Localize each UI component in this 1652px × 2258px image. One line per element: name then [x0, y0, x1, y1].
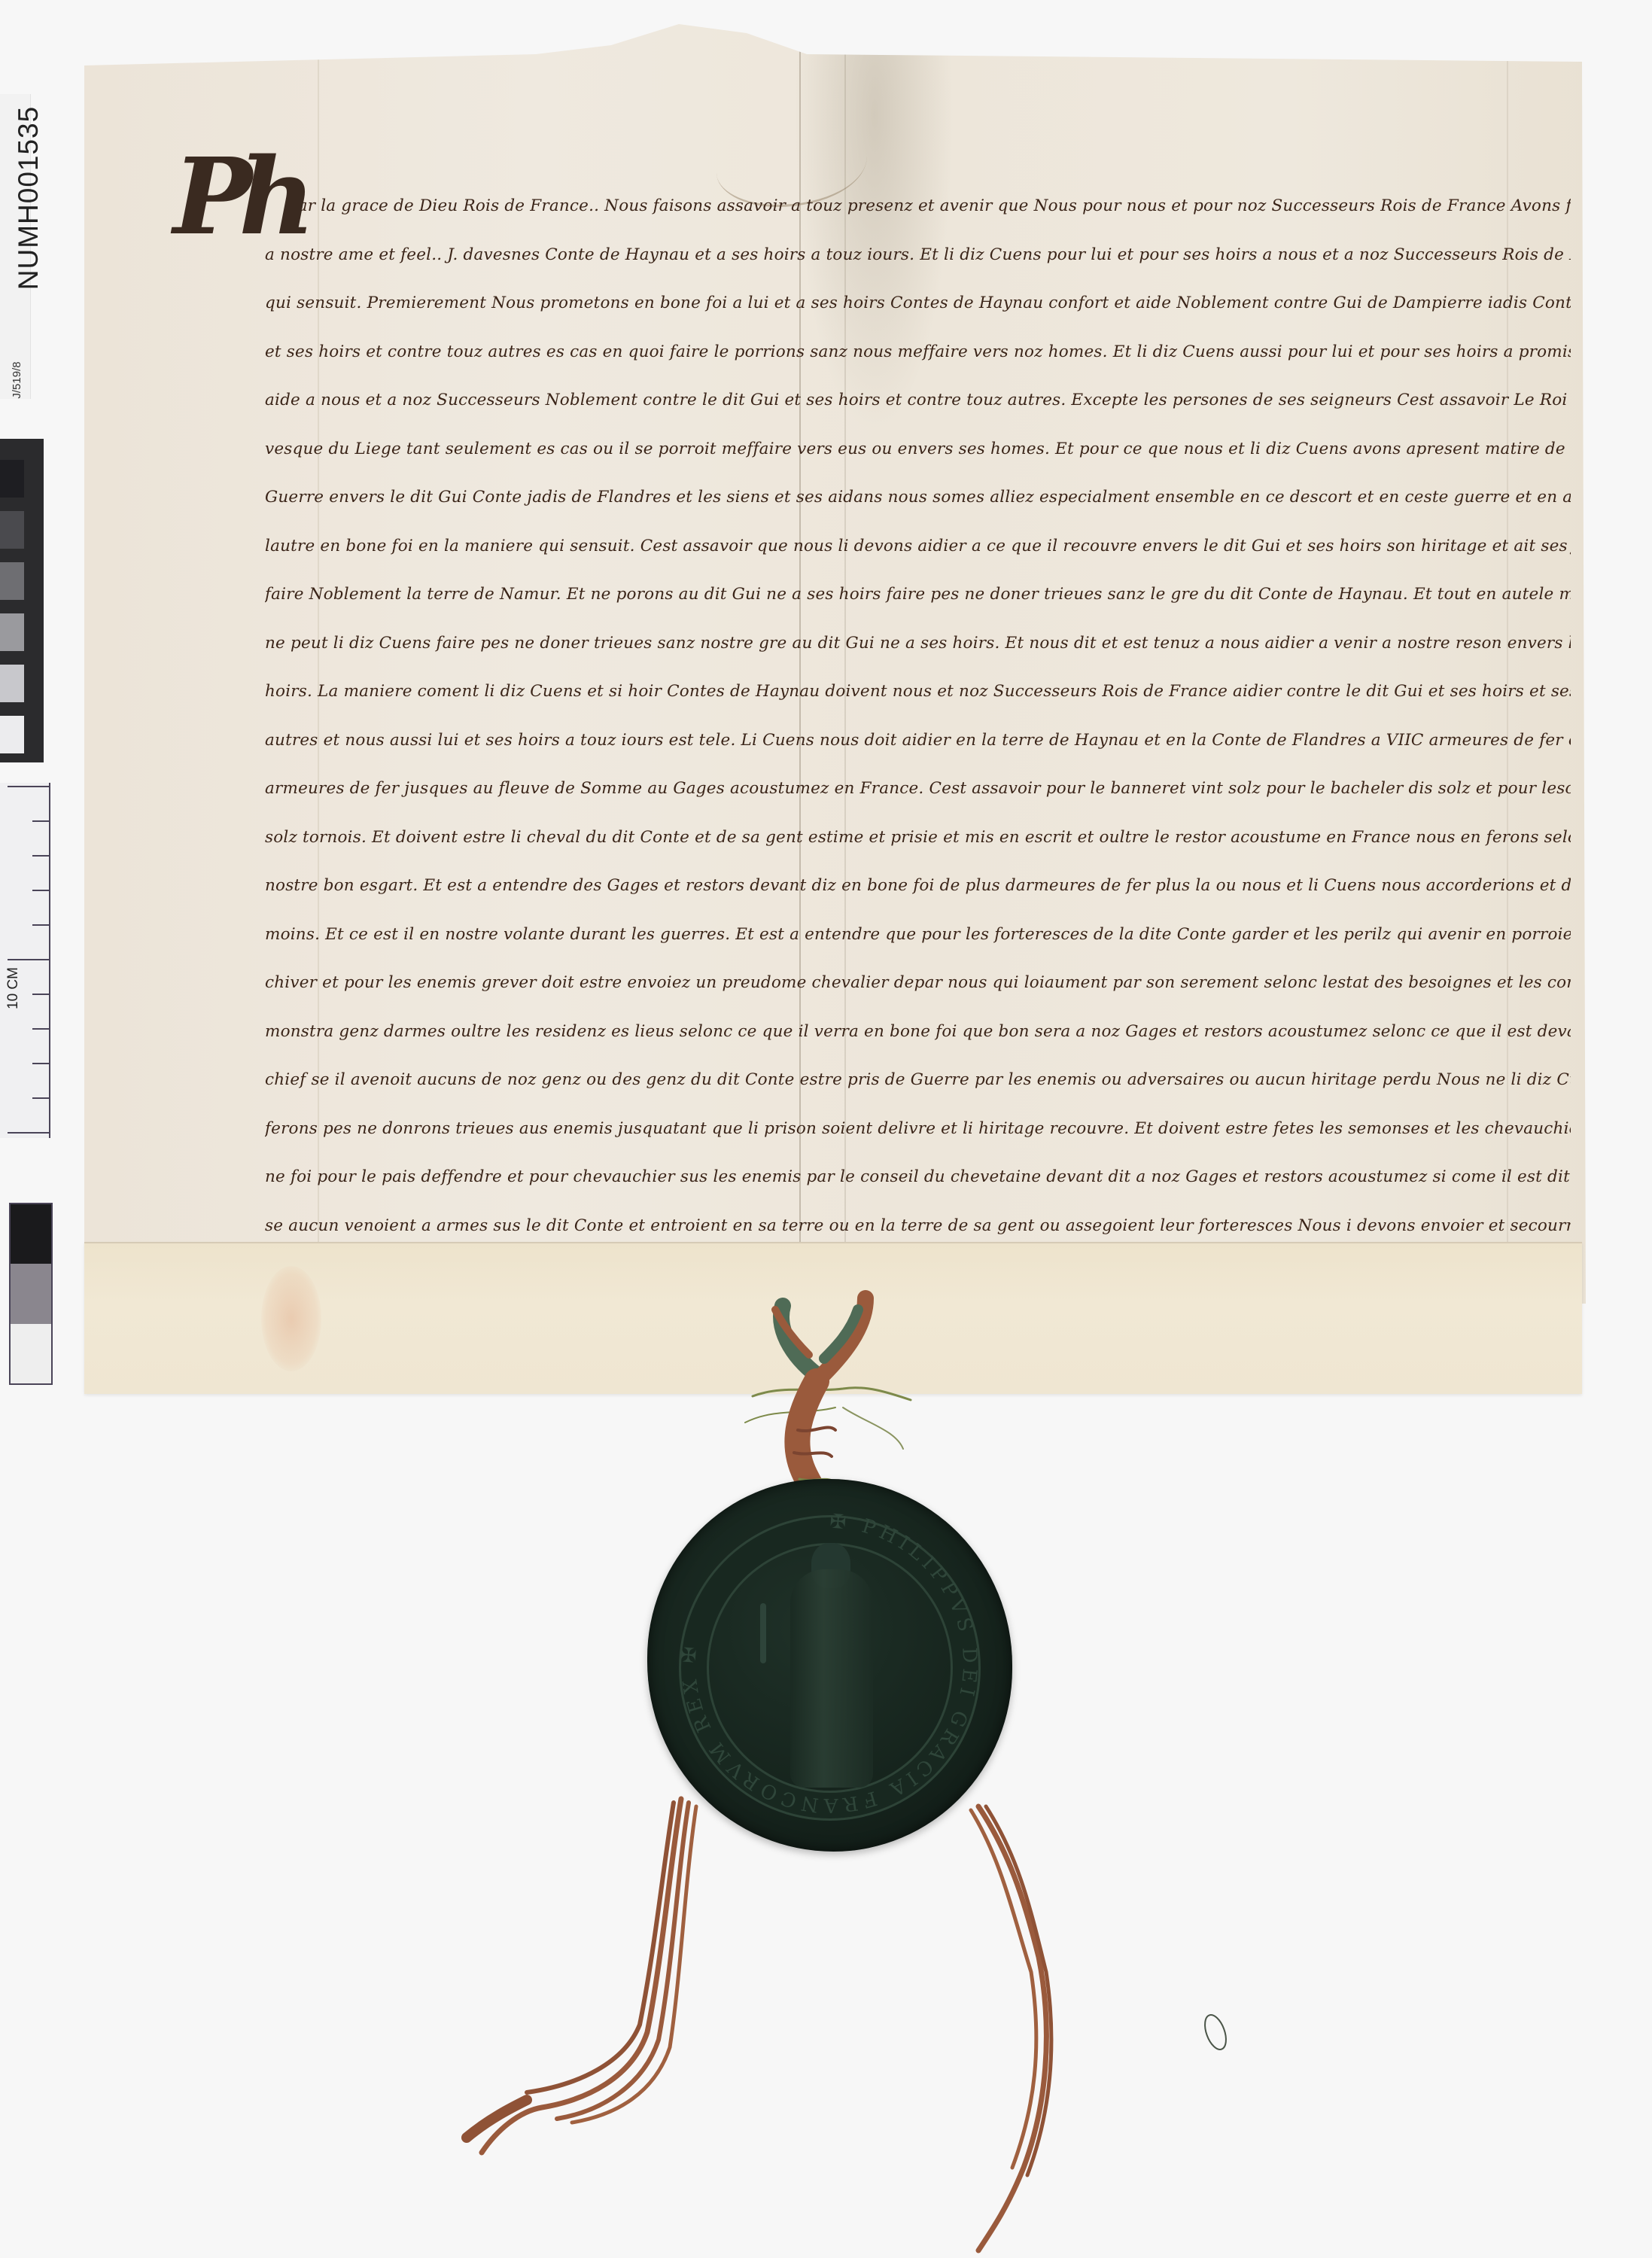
seal-sceptre [760, 1603, 766, 1663]
seal-cords [0, 0, 1652, 2258]
wax-seal: ✠ PHILIPPVS DEI GRACIA FRANCORVM REX ✠ [647, 1479, 1012, 1852]
seal-standing-figure [790, 1569, 873, 1788]
